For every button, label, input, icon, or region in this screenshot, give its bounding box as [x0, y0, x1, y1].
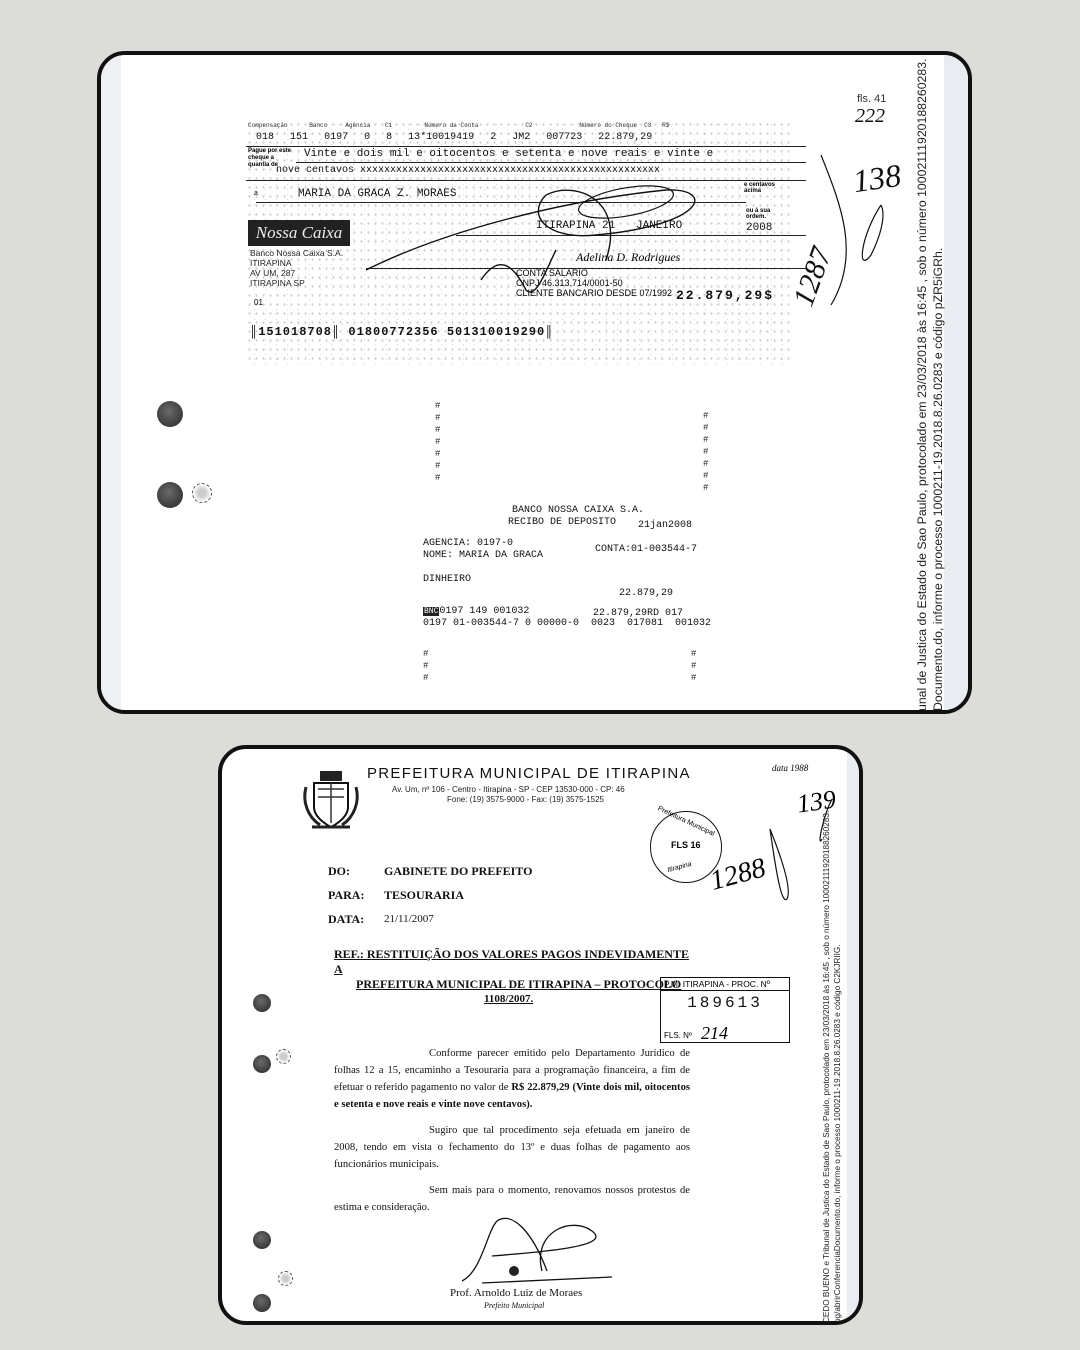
receipt-tipo: DINHEIRO	[423, 574, 713, 586]
stamp-middle-text: FLS 16	[671, 840, 701, 850]
punch-hole	[157, 401, 183, 427]
letterhead-address: Av. Um, nº 106 - Centro - Itirapina - SP…	[392, 785, 625, 794]
stamp-top-text: Prefeitura Municipal	[656, 805, 715, 837]
handwritten-scribble: data 1988	[772, 763, 808, 773]
field-data: DATA:21/11/2007	[328, 907, 532, 931]
margin-scribble	[801, 145, 891, 325]
receipt-auth-amount: 22.879,29RD 017	[593, 608, 683, 620]
punch-hole	[253, 1294, 271, 1312]
receipt-agencia: AGENCIA: 0197-0	[423, 538, 513, 549]
receipt-title: RECIBO DE DEPOSITO	[508, 517, 616, 529]
court-stamp-line1: CEDO BUENO e Tribunal de Justica do Esta…	[822, 811, 831, 1323]
punch-hole	[157, 482, 183, 508]
mayor-signature	[452, 1211, 622, 1291]
field-do: DO:GABINETE DO PREFEITO	[328, 859, 532, 883]
document-page-2: PREFEITURA MUNICIPAL DE ITIRAPINA Av. Um…	[218, 745, 863, 1325]
court-stamp-line2: pg/abrirConferenciaDocumento.do, informe…	[833, 944, 842, 1323]
punch-hole-ring	[276, 1049, 291, 1064]
punch-hole	[253, 1055, 271, 1073]
signatory-name: Prof. Arnoldo Luiz de Moraes	[450, 1287, 582, 1299]
process-box: P.M. ITIRAPINA - PROC. Nº 189613 FLS. Nº…	[660, 977, 790, 1043]
letterhead-phones: Fone: (19) 3575-9000 - Fax: (19) 3575-15…	[447, 795, 604, 804]
receipt-border-right: #######	[703, 410, 709, 494]
paragraph-1: Conforme parecer emitido pelo Departamen…	[334, 1045, 690, 1113]
receipt-nome: NOME: MARIA DA GRACA	[423, 550, 543, 561]
signatory-title: Prefeito Municipal	[484, 1301, 544, 1310]
punch-hole	[253, 1231, 271, 1249]
punch-hole-ring	[278, 1271, 293, 1286]
paragraph-2: Sugiro que tal procedimento seja efetuad…	[334, 1122, 690, 1173]
process-box-header: P.M. ITIRAPINA - PROC. Nº	[661, 978, 789, 991]
page-gutter-right	[944, 55, 968, 710]
receipt-border-left: #######	[435, 400, 441, 484]
court-stamp-line1: unal de Justica do Estado de Sao Paulo, …	[915, 59, 929, 711]
punch-hole-ring	[192, 483, 212, 503]
receipt-conta: CONTA:01-003544-7	[595, 544, 697, 556]
process-number: 189613	[661, 991, 789, 1012]
receipt-border-right-bottom: ###	[691, 648, 697, 684]
document-page-1: Compensação Banco Agência C1 Número da C…	[97, 51, 972, 714]
fls-label: fls. 41	[857, 93, 886, 105]
fls-handwritten: 222	[855, 105, 885, 128]
court-stamp-line2: Documento.do, informe o processo 1000211…	[931, 248, 945, 711]
coat-of-arms-icon	[300, 767, 362, 833]
memo-fields: DO:GABINETE DO PREFEITO PARA:TESOURARIA …	[328, 859, 532, 931]
cheque-image: Compensação Banco Agência C1 Número da C…	[246, 120, 791, 365]
stamp-bottom-text: Itirapina	[667, 861, 693, 874]
receipt-border-left-bottom: ###	[423, 648, 429, 684]
receipt-bank: BANCO NOSSA CAIXA S.A.	[423, 505, 713, 517]
punch-hole	[253, 994, 271, 1012]
deposit-receipt: BANCO NOSSA CAIXA S.A. RECIBO DE DEPOSIT…	[423, 505, 713, 630]
page-gutter-right	[847, 749, 859, 1321]
memo-body: Conforme parecer emitido pelo Departamen…	[334, 1045, 690, 1216]
receipt-valor: 22.879,29	[619, 588, 673, 600]
receipt-date: 21jan2008	[638, 520, 692, 532]
signature-scribble	[246, 120, 806, 365]
reference-subject: REF.: RESTITUIÇÃO DOS VALORES PAGOS INDE…	[334, 947, 694, 1007]
process-fls-label: FLS. Nº	[664, 1031, 692, 1040]
field-para: PARA:TESOURARIA	[328, 883, 532, 907]
receipt-auth-line1: 0197 149 001032	[439, 606, 529, 617]
process-fls-value: 214	[701, 1023, 728, 1044]
letterhead-title: PREFEITURA MUNICIPAL DE ITIRAPINA	[367, 765, 691, 782]
receipt-auth-prefix: BNC	[423, 607, 439, 616]
page-gutter-left	[101, 55, 121, 710]
